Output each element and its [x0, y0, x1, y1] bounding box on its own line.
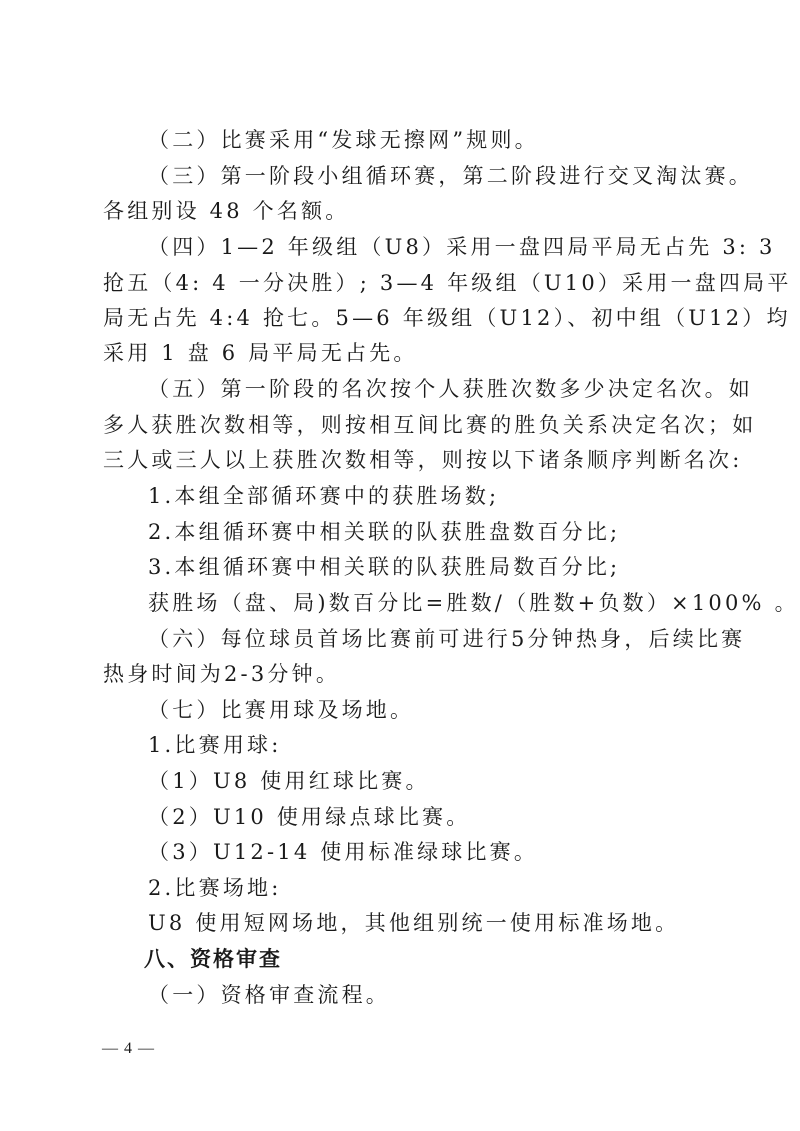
list-item: 2.比赛场地:: [148, 874, 748, 902]
paragraph-line: 三人或三人以上获胜次数相等，则按以下诸条顺序判断名次:: [103, 446, 703, 474]
list-item: 1.本组全部循环赛中的获胜场数;: [148, 482, 748, 510]
list-item: 3.本组循环赛中相关联的队获胜局数百分比;: [148, 553, 748, 581]
formula-line: 获胜场（盘、局)数百分比=胜数/（胜数+负数）×100% 。: [148, 589, 748, 617]
list-item: （2）U10 使用绿点球比赛。: [148, 803, 748, 831]
list-item: 2.本组循环赛中相关联的队获胜盘数百分比;: [148, 518, 748, 546]
list-item: （3）U12-14 使用标准绿球比赛。: [148, 838, 748, 866]
paragraph-line: （二）比赛采用“发球无擦网”规则。: [148, 126, 748, 154]
paragraph-line: 局无占先 4:4 抢七。5—6 年级组（U12）、初中组（U12）均: [103, 304, 703, 332]
paragraph-line: U8 使用短网场地，其他组别统一使用标准场地。: [148, 909, 748, 937]
paragraph-line: （三）第一阶段小组循环赛，第二阶段进行交叉淘汰赛。: [148, 162, 748, 190]
paragraph-line: 抢五（4: 4 一分决胜）; 3—4 年级组（U10）采用一盘四局平: [103, 269, 703, 297]
paragraph-line: 热身时间为2-3分钟。: [103, 660, 703, 688]
section-heading: 八、资格审查: [144, 945, 744, 973]
list-item: （1）U8 使用红球比赛。: [148, 767, 748, 795]
paragraph-line: 多人获胜次数相等，则按相互间比赛的胜负关系决定名次；如: [103, 411, 703, 439]
paragraph-line: （六）每位球员首场比赛前可进行5分钟热身，后续比赛: [148, 625, 748, 653]
paragraph-line: 采用 1 盘 6 局平局无占先。: [103, 339, 703, 367]
list-item: 1.比赛用球:: [148, 731, 748, 759]
page-number: — 4 —: [102, 1040, 155, 1058]
paragraph-line: 各组别设 48 个名额。: [103, 197, 703, 225]
paragraph-line: （四）1—2 年级组（U8）采用一盘四局平局无占先 3: 3: [148, 233, 748, 261]
subsection-line: （一）资格审查流程。: [148, 981, 748, 1009]
document-page: （二）比赛采用“发球无擦网”规则。 （三）第一阶段小组循环赛，第二阶段进行交叉淘…: [0, 0, 800, 1131]
paragraph-line: （五）第一阶段的名次按个人获胜次数多少决定名次。如: [148, 375, 748, 403]
paragraph-line: （七）比赛用球及场地。: [148, 696, 748, 724]
